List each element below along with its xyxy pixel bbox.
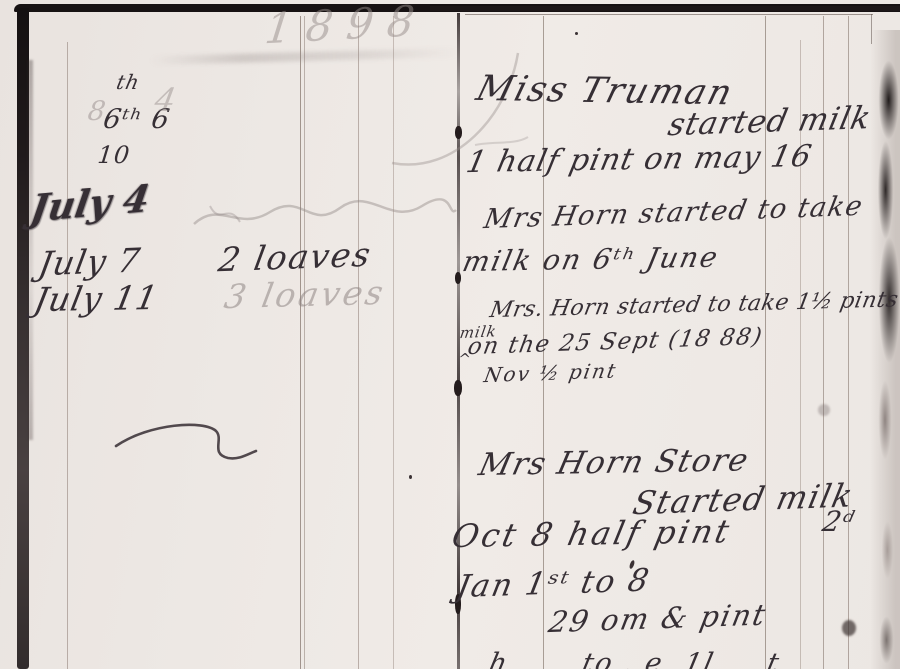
smudge-spot bbox=[818, 404, 830, 416]
note-four-pencil: 4 bbox=[152, 84, 179, 116]
gutter-ink-blob bbox=[454, 380, 462, 396]
entry-sept-line: on the 25 Sept (18 88) bbox=[466, 326, 765, 359]
entry-cutoff-line: h to . e 1l t bbox=[486, 650, 783, 669]
entry-milk-june: milk on 6ᵗʰ June bbox=[460, 244, 722, 277]
entry-oct-line: Oct 8 half pint bbox=[449, 515, 735, 552]
rule-line bbox=[304, 16, 305, 669]
year-pencil: 1898 bbox=[263, 0, 431, 50]
entry-oct-price: 2ᵈ bbox=[820, 508, 857, 536]
ink-squiggle bbox=[112, 418, 262, 468]
entry-july-4: July 4 bbox=[28, 180, 152, 228]
caret-mark: ^ bbox=[457, 352, 473, 367]
entry-mrs-horn-pints: Mrs. Horn started to take 1½ pints bbox=[488, 289, 900, 322]
ink-speck bbox=[575, 32, 578, 35]
rule-line bbox=[358, 16, 359, 669]
entry-july-11: July 11 bbox=[32, 281, 162, 316]
entry-started-milk: started milk bbox=[665, 103, 874, 141]
right-page-edge bbox=[870, 30, 900, 669]
top-border-thin bbox=[430, 6, 900, 11]
entry-horn-store: Mrs Horn Store bbox=[476, 445, 752, 481]
ledger-scan: 1898 th 8 6ᵗʰ 6 4 10 July 4 July 7 2 loa… bbox=[0, 0, 900, 669]
ink-speck bbox=[409, 475, 412, 479]
entry-two-loaves: 2 loaves bbox=[216, 238, 374, 277]
right-page-corner bbox=[871, 14, 872, 44]
entry-three-loaves: 3 loaves bbox=[222, 276, 389, 313]
rule-line bbox=[67, 42, 68, 669]
entry-nov-pint: Nov ½ pint bbox=[482, 360, 619, 385]
note-th: th bbox=[115, 72, 142, 92]
entry-mrs-horn-take: Mrs Horn started to take bbox=[482, 193, 866, 233]
pencil-scribble-line bbox=[190, 192, 460, 240]
entry-qty-line: 29 om & pint bbox=[546, 600, 769, 637]
right-page-top-edge bbox=[465, 14, 873, 15]
entry-jan-line: Jan 1ˢᵗ to 8 bbox=[454, 565, 653, 603]
rule-line bbox=[300, 16, 301, 669]
note-ten: 10 bbox=[96, 143, 131, 167]
entry-july-7: July 7 bbox=[36, 243, 143, 280]
entry-half-pint-may: 1 half pint on may 16 bbox=[464, 142, 815, 178]
left-binding-smudge bbox=[28, 60, 33, 440]
smudge-spot bbox=[842, 620, 856, 636]
